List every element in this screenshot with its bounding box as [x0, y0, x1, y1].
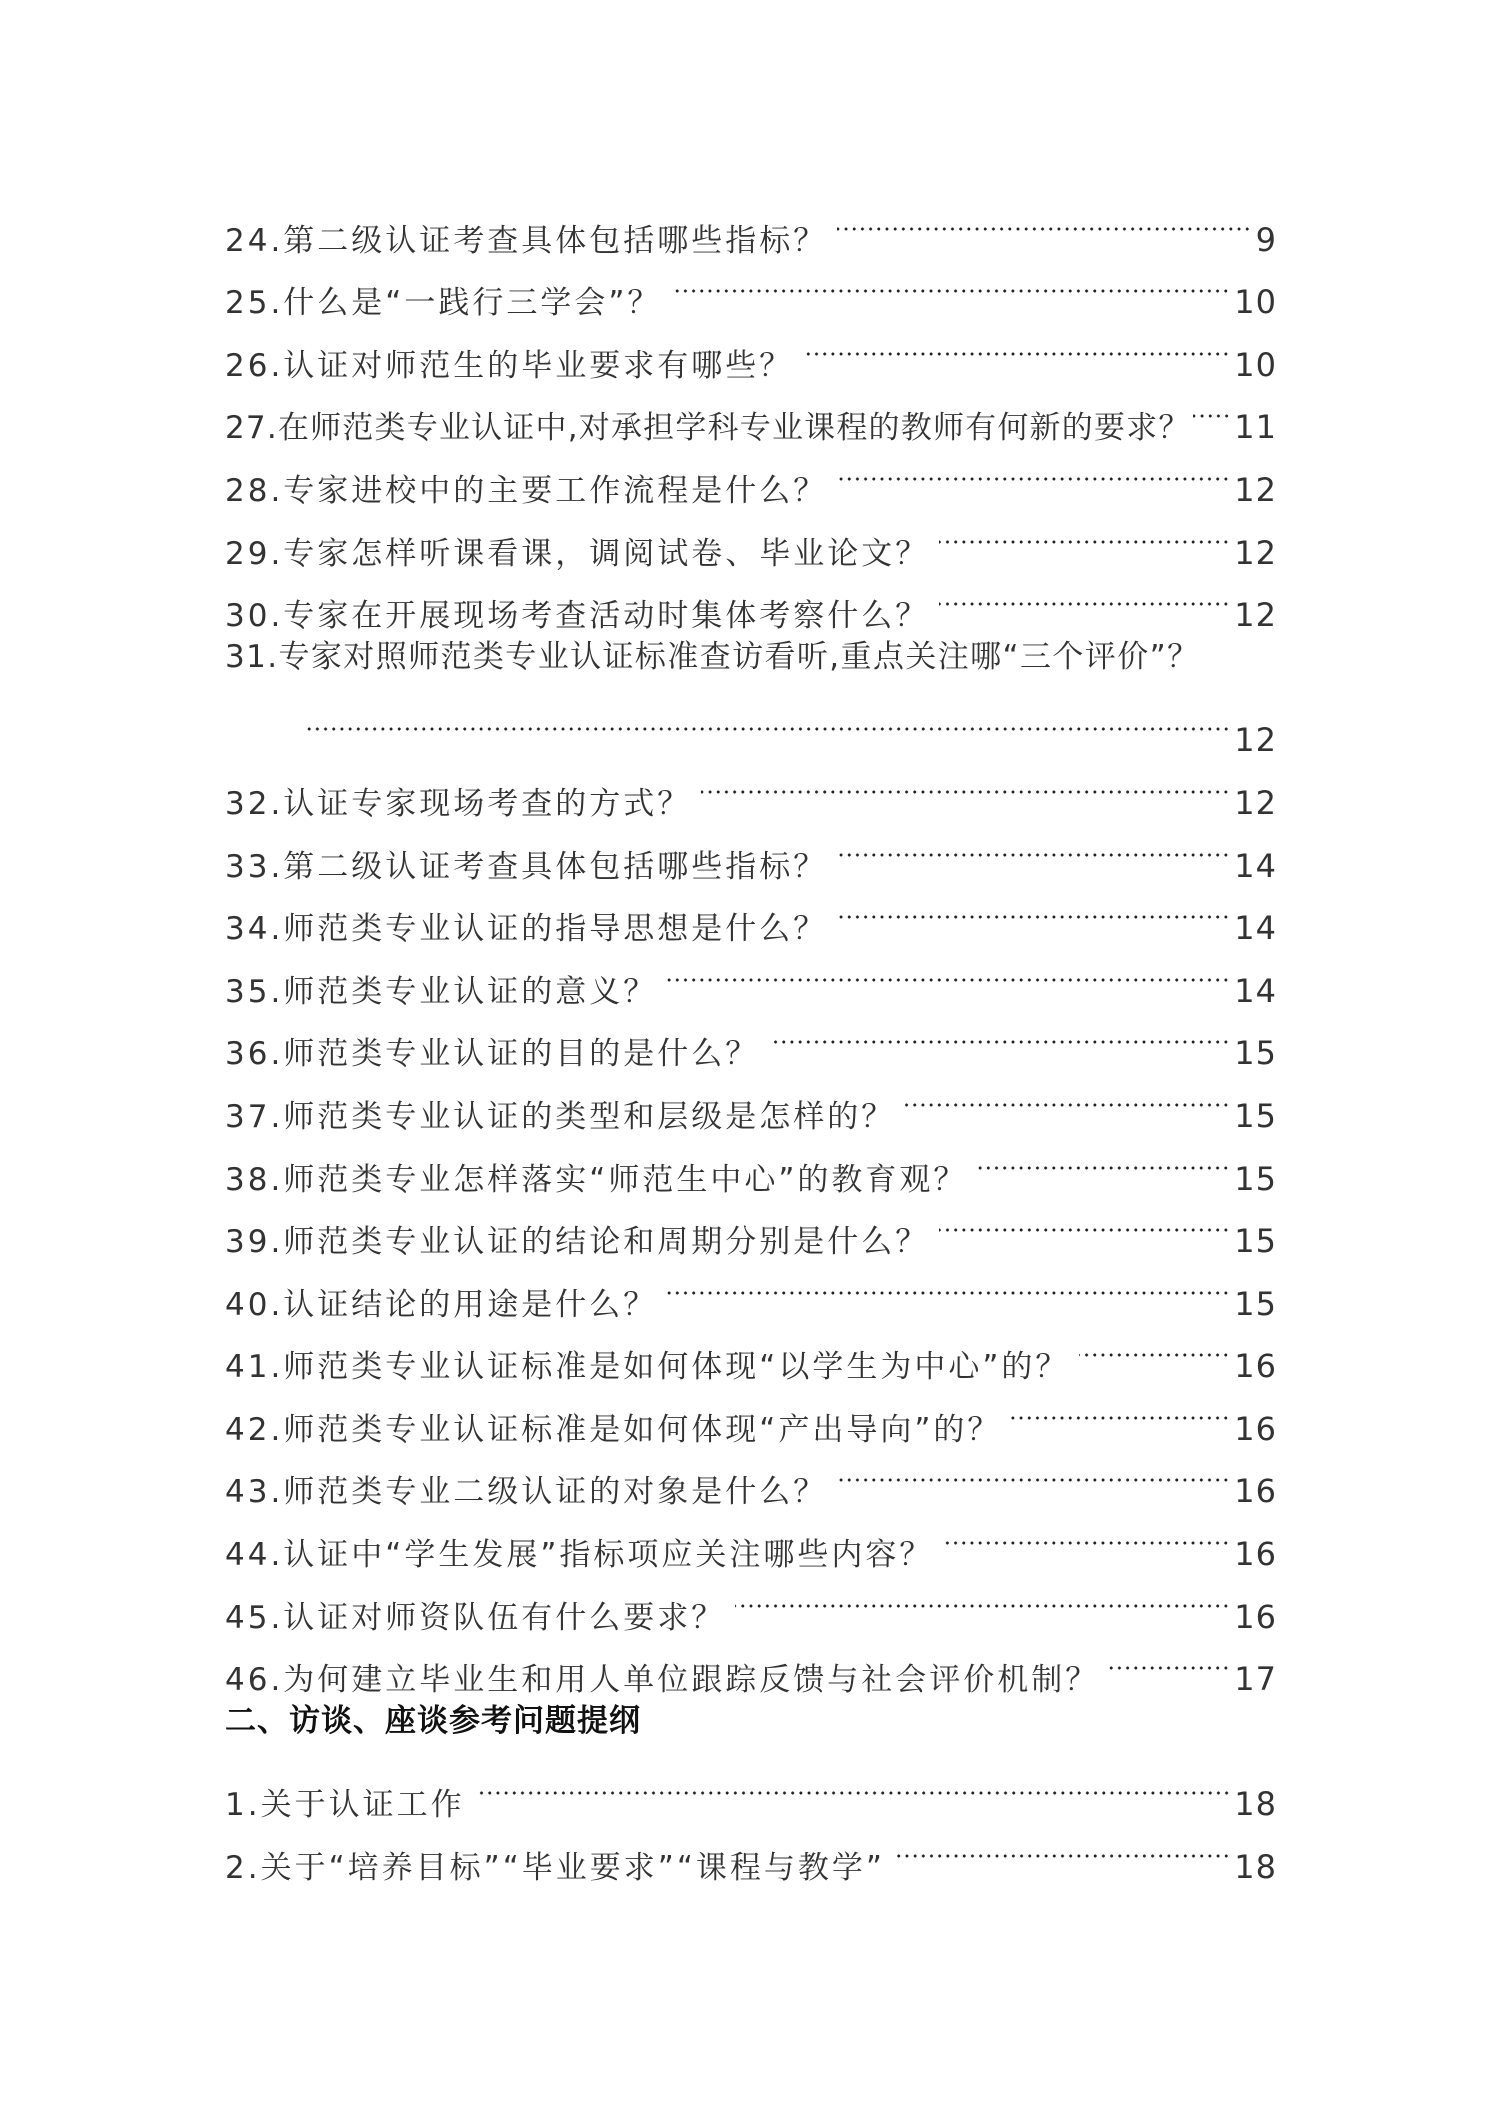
- dot-leader: [895, 1815, 1230, 1878]
- toc-entry-32[interactable]: 32.认证专家现场考查的方式？ 12: [225, 751, 1277, 814]
- toc-page-number: 15: [1234, 1273, 1277, 1336]
- toc-entry-24[interactable]: 24.第二级认证考查具体包括哪些指标？ 9: [225, 188, 1277, 251]
- toc-entry-s2-1[interactable]: 1.关于认证工作 18: [225, 1753, 1277, 1816]
- toc-page-number: 16: [1234, 1523, 1277, 1586]
- dot-leader: [977, 1127, 1230, 1190]
- toc-page-number: 12: [1234, 522, 1277, 585]
- toc-entry-title: 45.认证对师资队伍有什么要求？: [225, 1587, 725, 1650]
- toc-page-number: 15: [1234, 1210, 1277, 1273]
- toc-entry-31[interactable]: 31.专家对照师范类专业认证标准查访看听,重点关注哪“三个评价”？: [225, 626, 1277, 689]
- toc-page-number: 16: [1234, 1335, 1277, 1398]
- dot-leader: [305, 689, 1230, 752]
- dot-leader: [769, 1002, 1230, 1065]
- toc-page-number: 15: [1234, 1022, 1277, 1085]
- toc-page-number: 12: [1234, 459, 1277, 522]
- toc-entry-title: 35.师范类专业认证的意义？: [225, 961, 657, 1024]
- toc-entry-31-continuation[interactable]: 12: [225, 689, 1277, 752]
- dot-leader: [803, 313, 1230, 376]
- toc-page-number: 10: [1234, 271, 1277, 334]
- dot-leader: [939, 564, 1230, 627]
- toc-entry-title: 43.师范类专业二级认证的对象是什么？: [225, 1461, 827, 1524]
- toc-entry-title: 2.关于“培养目标”“毕业要求”“课程与教学”: [225, 1837, 885, 1900]
- toc-page-number: 14: [1234, 897, 1277, 960]
- dot-leader: [735, 1565, 1230, 1628]
- toc-entry-title: 1.关于认证工作: [225, 1774, 465, 1837]
- toc-entry-title: 32.认证专家现场考查的方式？: [225, 773, 691, 836]
- toc-page-number: 14: [1234, 835, 1277, 898]
- toc-entry-title: 38.师范类专业怎样落实“师范生中心”的教育观？: [225, 1149, 967, 1212]
- toc-entry-title: 41.师范类专业认证标准是如何体现“以学生为中心”的？: [225, 1336, 1069, 1399]
- toc-entry-title: 40.认证结论的用途是什么？: [225, 1274, 657, 1337]
- toc-entry-title: 36.师范类专业认证的目的是什么？: [225, 1023, 759, 1086]
- dot-leader: [939, 1190, 1230, 1253]
- toc-entry-title: 33.第二级认证考查具体包括哪些指标？: [225, 836, 827, 899]
- toc-page-number: 10: [1234, 334, 1277, 397]
- toc-page-number: 16: [1234, 1398, 1277, 1461]
- toc-page-number: 18: [1234, 1773, 1277, 1836]
- dot-leader: [1193, 376, 1231, 439]
- dot-leader: [667, 1252, 1230, 1315]
- dot-leader: [1079, 1315, 1230, 1378]
- toc-entry-title: 28.专家进校中的主要工作流程是什么？: [225, 460, 827, 523]
- toc-page-number: 17: [1234, 1648, 1277, 1711]
- dot-leader: [475, 1753, 1231, 1816]
- toc-page-number: 12: [1234, 709, 1277, 772]
- toc-page-number: 14: [1234, 960, 1277, 1023]
- toc-page-number: 16: [1234, 1586, 1277, 1649]
- dot-leader: [943, 1502, 1230, 1565]
- toc-entry-title: 25.什么是“一践行三学会”？: [225, 272, 661, 335]
- dot-leader: [837, 188, 1251, 251]
- toc-entry-title: 37.师范类专业认证的类型和层级是怎样的？: [225, 1086, 895, 1149]
- dot-leader: [837, 814, 1230, 877]
- toc-entry-title: 29.专家怎样听课看课，调阅试卷、毕业论文？: [225, 523, 929, 586]
- dot-leader: [837, 877, 1230, 940]
- document-page: 24.第二级认证考查具体包括哪些指标？ 9 25.什么是“一践行三学会”？ 10…: [0, 0, 1500, 2122]
- dot-leader: [701, 751, 1230, 814]
- toc-page-number: 16: [1234, 1460, 1277, 1523]
- dot-leader: [905, 1064, 1230, 1127]
- table-of-contents: 24.第二级认证考查具体包括哪些指标？ 9 25.什么是“一践行三学会”？ 10…: [225, 188, 1277, 1878]
- dot-leader: [837, 1440, 1230, 1503]
- dot-leader: [667, 939, 1230, 1002]
- toc-page-number: 11: [1234, 396, 1277, 459]
- dot-leader: [837, 438, 1230, 501]
- toc-page-number: 12: [1234, 772, 1277, 835]
- dot-leader: [1109, 1628, 1230, 1691]
- dot-leader: [1011, 1377, 1230, 1440]
- toc-page-number: 15: [1234, 1148, 1277, 1211]
- toc-entry-title: 26.认证对师范生的毕业要求有哪些？: [225, 335, 793, 398]
- dot-leader: [671, 251, 1230, 314]
- toc-page-number: 15: [1234, 1085, 1277, 1148]
- toc-entry-title: 31.专家对照师范类专业认证标准查访看听,重点关注哪“三个评价”？: [225, 626, 1277, 689]
- toc-page-number: 9: [1256, 209, 1277, 272]
- toc-page-number: 18: [1234, 1836, 1277, 1899]
- dot-leader: [939, 501, 1230, 564]
